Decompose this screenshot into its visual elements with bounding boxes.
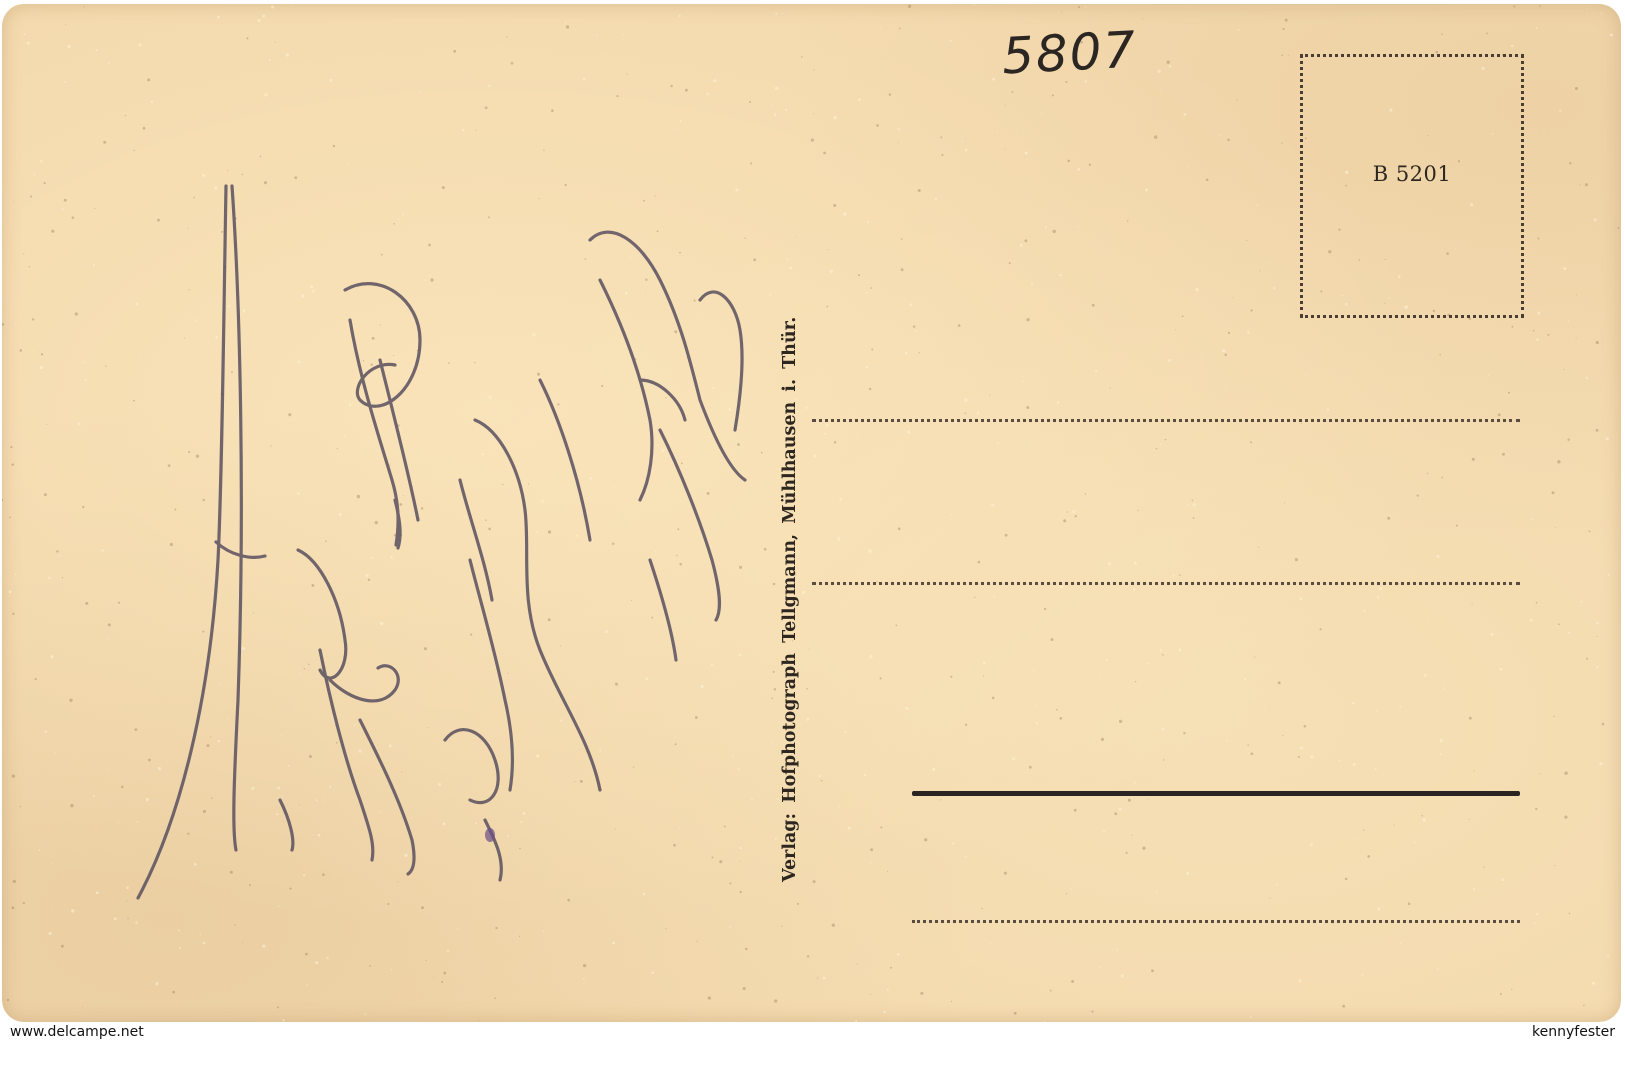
postcard-back: 5807 B 5201 Verlag: Hofphotograph Tellgm… (2, 4, 1621, 1022)
inventory-number: 5807 (1001, 21, 1139, 86)
stamp-code: B 5201 (1303, 162, 1521, 186)
watermark-seller: kennyfester (1532, 1024, 1615, 1040)
watermark-bar: www.delcampe.net kennyfester (0, 1022, 1625, 1079)
publisher-imprint: Verlag: Hofphotograph Tellgmann, Mühlhau… (780, 142, 800, 882)
address-line-3 (912, 791, 1520, 796)
address-line-1 (812, 419, 1520, 422)
address-line-2 (812, 582, 1520, 585)
address-line-4 (912, 920, 1520, 923)
watermark-site: www.delcampe.net (10, 1024, 144, 1040)
stamp-box: B 5201 (1300, 54, 1524, 318)
